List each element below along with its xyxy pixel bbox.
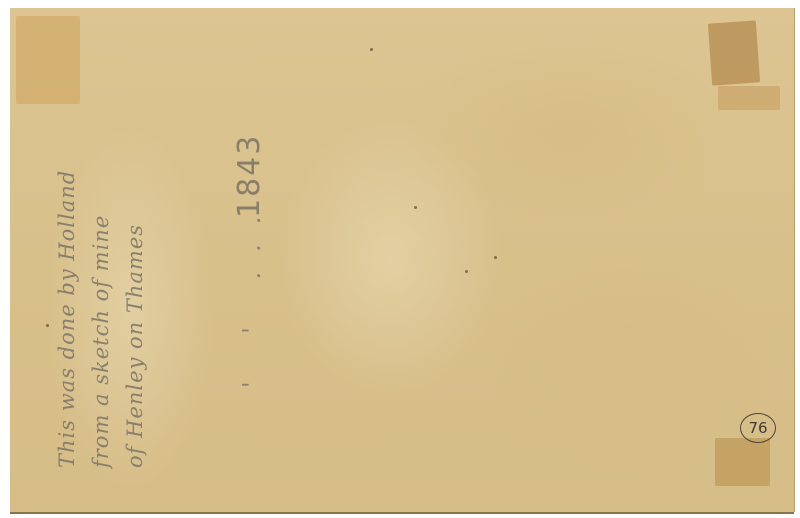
tape-stain-top-right: [708, 20, 760, 85]
speck: [370, 48, 373, 51]
inscription-line-2: from a sketch of mine: [84, 138, 118, 468]
scanned-card-image: This was done by Holland from a sketch o…: [0, 0, 800, 518]
tape-stain-top-right-lower: [718, 86, 780, 110]
handwritten-inscription: This was done by Holland from a sketch o…: [50, 138, 150, 468]
speck: [465, 270, 468, 273]
catalog-number-circle: 76: [740, 413, 776, 443]
tape-stain-top-left: [16, 16, 80, 104]
catalog-number: 76: [748, 419, 767, 437]
tape-stain-bottom-right: [715, 438, 770, 486]
card-back: This was done by Holland from a sketch o…: [10, 8, 794, 512]
speck: [494, 256, 497, 259]
inscription-line-3: of Henley on Thames: [118, 138, 152, 468]
speck: [414, 206, 417, 209]
inscription-line-1: This was done by Holland: [50, 138, 84, 468]
speck: [46, 324, 49, 327]
date-marks: ' ' ...: [238, 197, 266, 388]
